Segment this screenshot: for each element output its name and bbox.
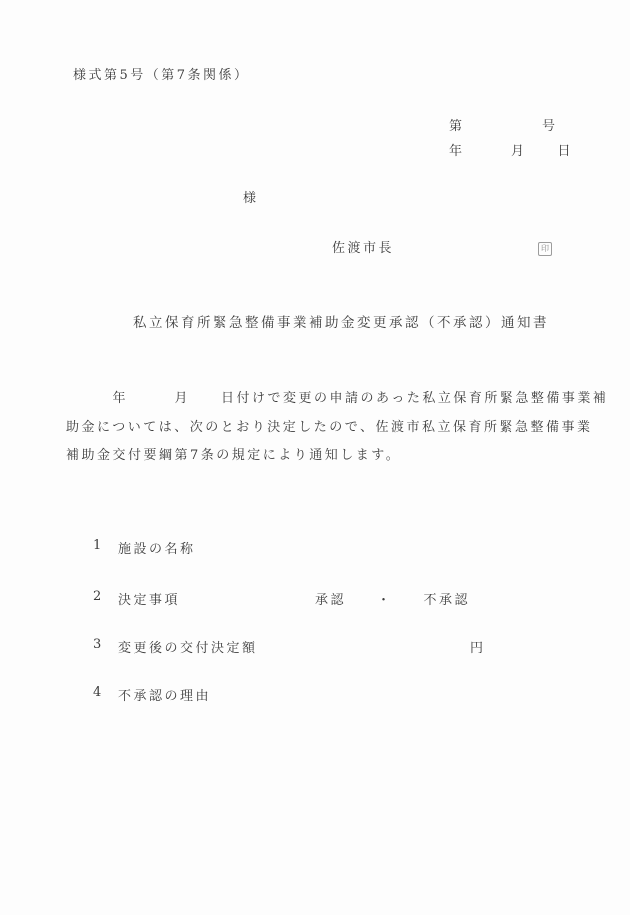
seal-mark: 印	[538, 242, 552, 256]
document-number-line: 第 号	[449, 120, 558, 134]
body-line-1: 年 月 日付けで変更の申請のあった私立保育所緊急整備事業補	[66, 385, 616, 414]
sender-name: 佐渡市長	[332, 242, 394, 256]
date-line: 年 月 日	[449, 145, 573, 159]
item-label: 施設の名称	[118, 538, 196, 557]
addressee-honorific: 様	[243, 192, 259, 206]
decision-options: 承認 ・ 不承認	[315, 589, 470, 608]
list-item-grant-amount: 3 変更後の交付決定額 円	[0, 637, 630, 655]
body-paragraph: 年 月 日付けで変更の申請のあった私立保育所緊急整備事業補 助金については、次の…	[66, 385, 616, 471]
item-number: 3	[93, 637, 104, 652]
list-item-decision: 2 決定事項 承認 ・ 不承認	[0, 589, 630, 607]
document-page: 様式第5号（第7条関係） 第 号 年 月 日 様 佐渡市長 印 私立保育所緊急整…	[0, 0, 630, 915]
document-title: 私立保育所緊急整備事業補助金変更承認（不承認）通知書	[133, 316, 549, 330]
form-number: 様式第5号（第7条関係）	[73, 69, 250, 83]
yen-unit: 円	[470, 637, 486, 656]
item-label: 決定事項	[118, 589, 180, 608]
list-item-facility-name: 1 施設の名称	[0, 538, 630, 556]
item-number: 1	[93, 538, 104, 553]
body-line-2: 助金については、次のとおり決定したので、佐渡市私立保育所緊急整備事業	[66, 414, 616, 443]
item-label: 変更後の交付決定額	[118, 637, 258, 656]
body-line-3: 補助金交付要綱第7条の規定により通知します。	[66, 442, 616, 471]
item-number: 2	[93, 589, 104, 604]
list-item-disapproval-reason: 4 不承認の理由	[0, 685, 630, 703]
item-label: 不承認の理由	[118, 685, 211, 704]
item-number: 4	[93, 685, 104, 700]
